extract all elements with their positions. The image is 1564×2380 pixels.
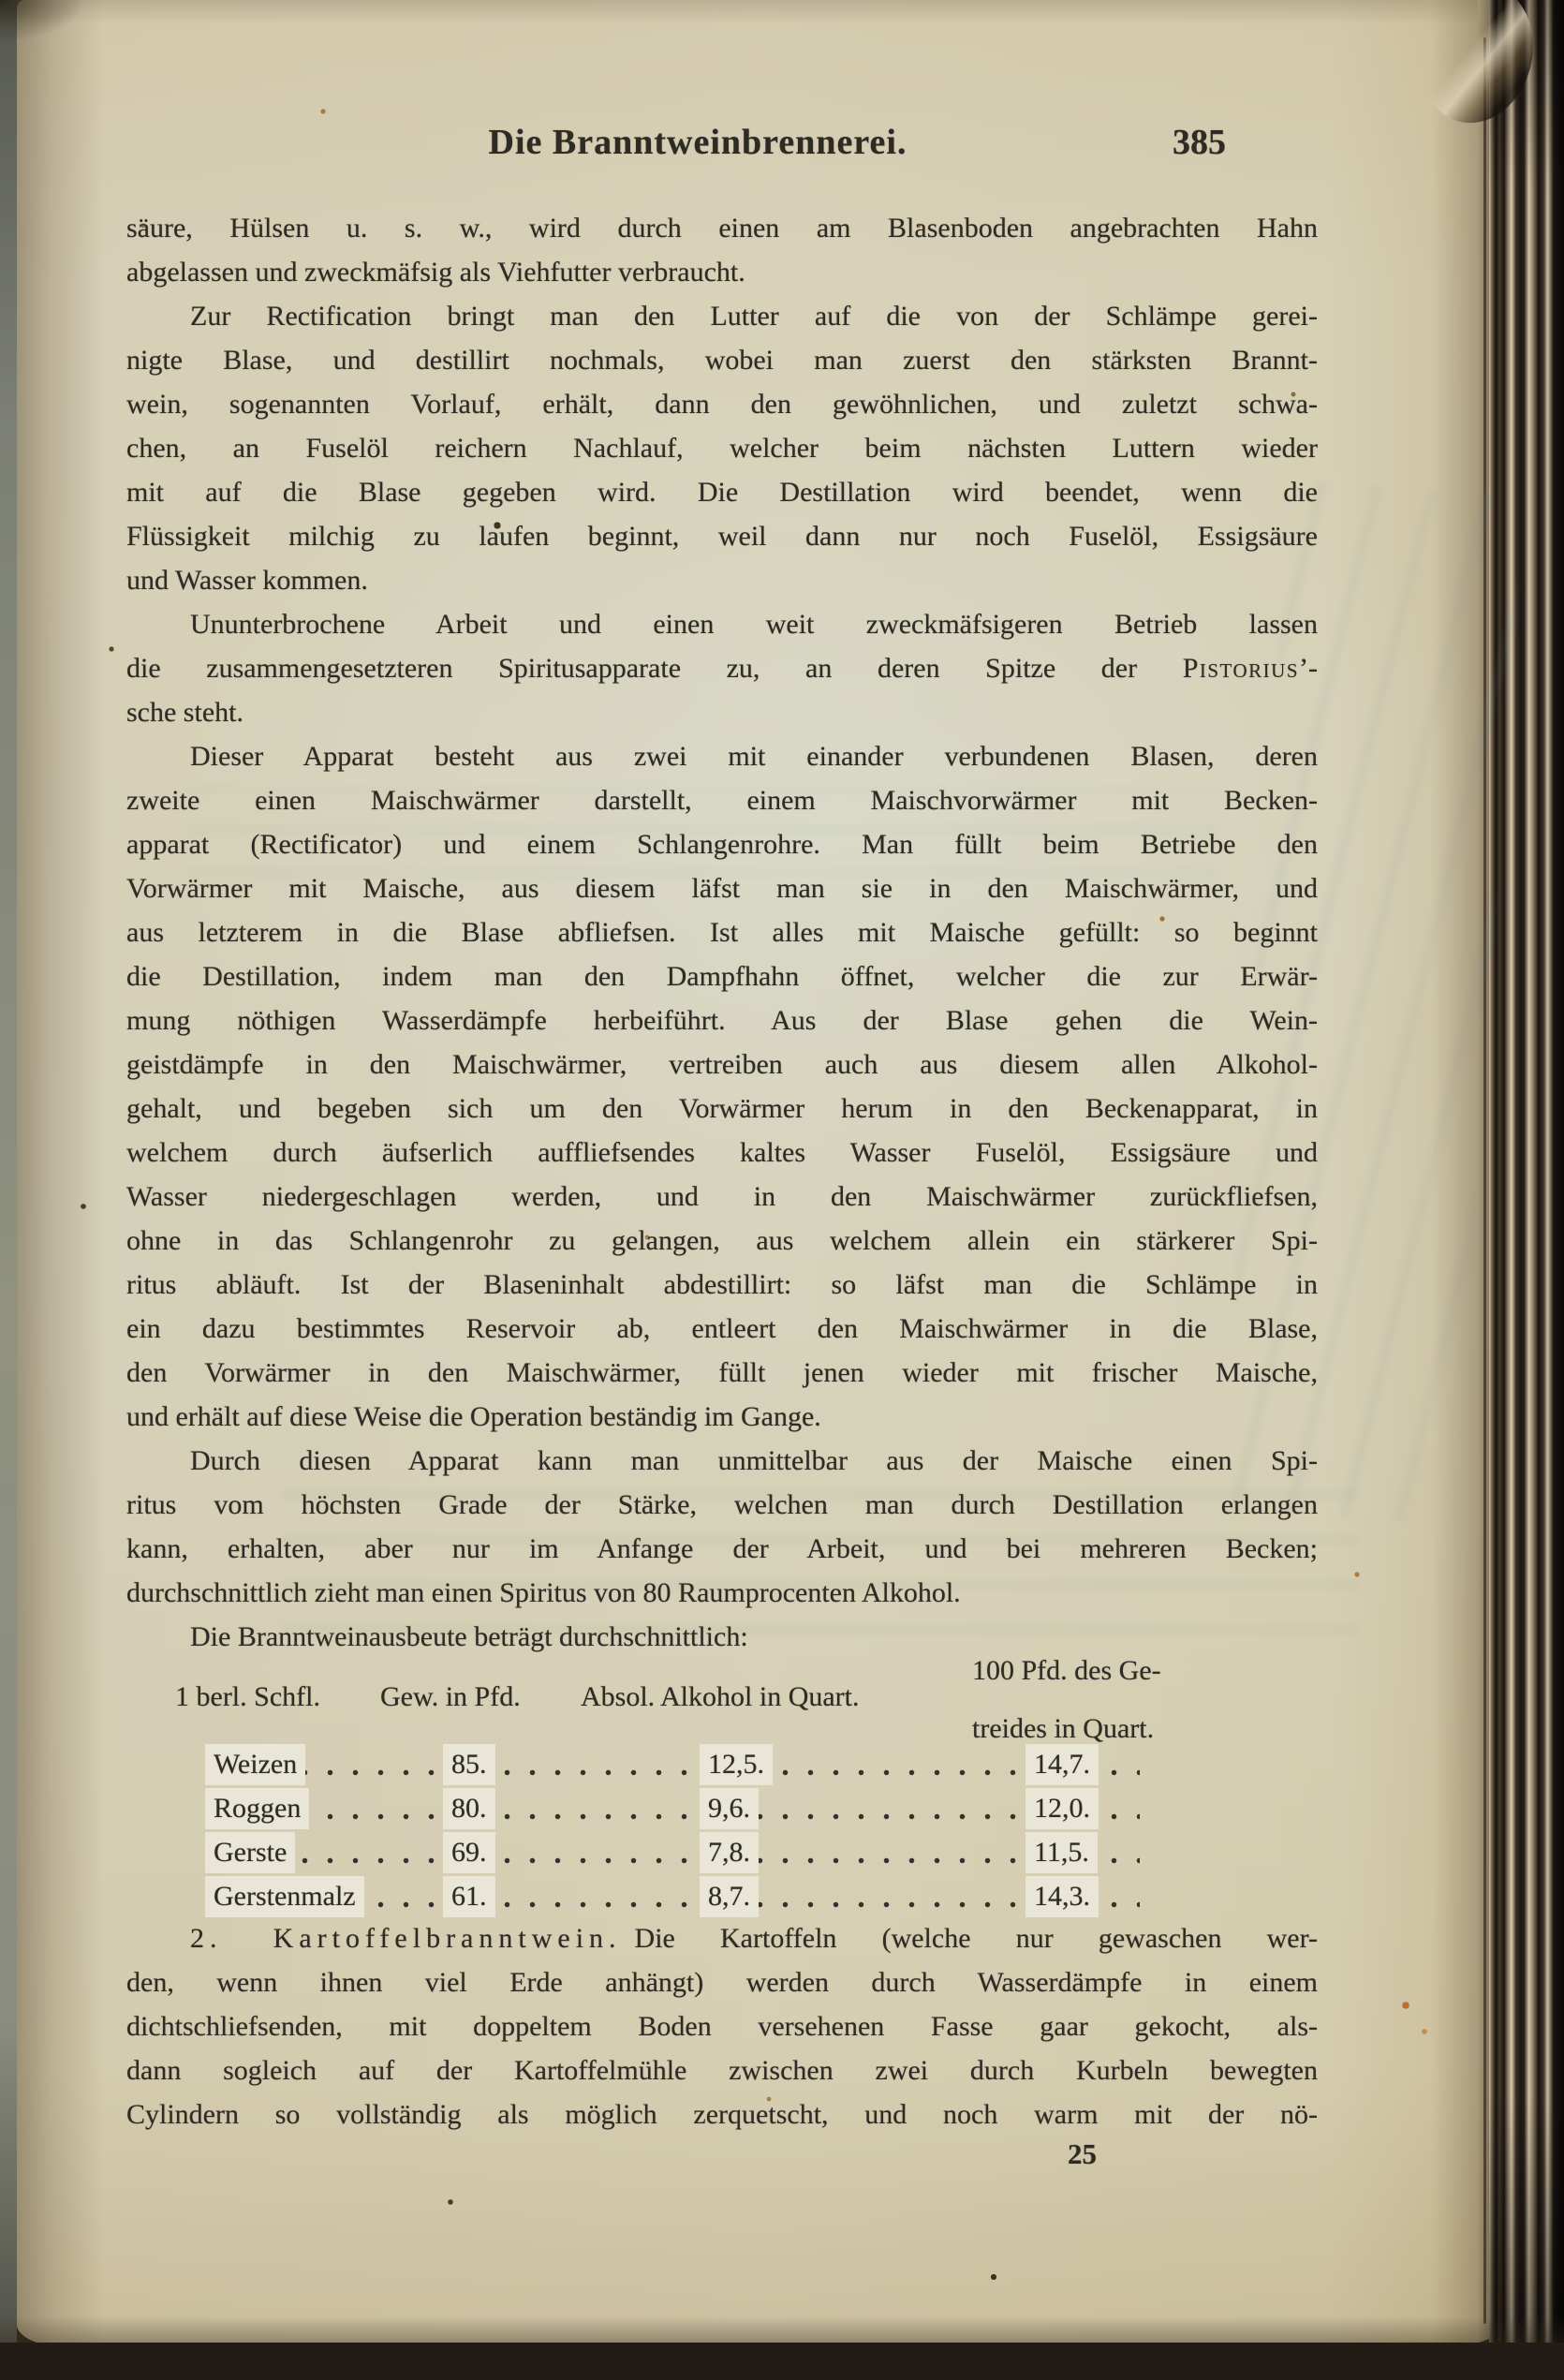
page-edge-line <box>1483 37 1486 2324</box>
text-line: mung nöthigen Wasserdämpfe herbeiführt. … <box>126 998 1318 1042</box>
text-span: die zusammengesetzteren Spiritusapparate… <box>126 653 1183 684</box>
text-line: ritus abläuft. Ist der Blaseninhalt abde… <box>126 1263 1318 1307</box>
section-kartoffelbranntwein: 2. Kartoffelbranntwein.Die Kartoffeln (w… <box>126 1916 1318 2136</box>
weight-value: 80. <box>443 1788 495 1829</box>
text-line: ein dazu bestimmtes Reservoir ab, entlee… <box>126 1307 1318 1351</box>
per-100pfd-value: 14,3. <box>1025 1876 1099 1917</box>
foxing-speckles <box>0 0 2 2</box>
section-heading-lead: 2. Kartoffelbranntwein. <box>190 1923 622 1954</box>
text-line: kann, erhalten, aber nur im Anfange der … <box>126 1527 1318 1571</box>
text-line: den, wenn ihnen viel Erde anhängt) werde… <box>126 1960 1318 2004</box>
text-line: die zusammengesetzteren Spiritusapparate… <box>126 646 1318 690</box>
text-line: Dieser Apparat besteht aus zwei mit eina… <box>126 734 1318 778</box>
text-line: abgelassen und zweckmäfsig als Viehfutte… <box>126 250 1318 294</box>
text-line: apparat (Rectificator) und einem Schlang… <box>126 822 1318 866</box>
signature-mark: 25 <box>1068 2134 1143 2175</box>
table-header-alkohol: Absol. Alkohol in Quart. <box>581 1678 860 1716</box>
text-line: dann sogleich auf der Kartoffelmühle zwi… <box>126 2048 1318 2092</box>
bottom-scan-band <box>0 2343 1564 2380</box>
text-line: Wasser niedergeschlagen werden, und in d… <box>126 1175 1318 1219</box>
table-row: Gerstenmalz61.8,7.14,3. <box>126 1876 1318 1920</box>
text-line: chen, an Fuselöl reichern Nachlauf, welc… <box>126 426 1318 470</box>
table-header-gewicht: Gew. in Pfd. <box>380 1678 521 1716</box>
per-100pfd-value: 12,0. <box>1025 1788 1099 1829</box>
grain-name: Roggen <box>205 1788 309 1829</box>
per-100pfd-value: 14,7. <box>1025 1744 1099 1785</box>
text-line: die Destillation, indem man den Dampfhah… <box>126 954 1318 998</box>
text-line: aus letzterem in die Blase abfliefsen. I… <box>126 910 1318 954</box>
table-header-per-100pfd-line1: 100 Pfd. des Ge- <box>972 1652 1161 1710</box>
text-line: Durch diesen Apparat kann man unmittelba… <box>126 1439 1318 1483</box>
grain-name: Gerste <box>205 1832 295 1873</box>
text-line: 2. Kartoffelbranntwein.Die Kartoffeln (w… <box>126 1916 1318 1960</box>
text-line: nigte Blase, und destillirt nochmals, wo… <box>126 338 1318 382</box>
text-line: säure, Hülsen u. s. w., wird durch einen… <box>126 206 1318 250</box>
small-caps-name: Pistorius <box>1183 653 1299 684</box>
text-line: wein, sogenannten Vorlauf, erhält, dann … <box>126 382 1318 426</box>
text-line: und erhält auf diese Weise die Operation… <box>126 1395 1318 1439</box>
yield-table: 1 berl. Schfl. Gew. in Pfd. Absol. Alkoh… <box>126 1647 1318 1928</box>
table-row: Roggen80.9,6.12,0. <box>126 1788 1318 1832</box>
text-line: Flüssigkeit milchig zu laufen beginnt, w… <box>126 514 1318 558</box>
gutter-shadow <box>17 0 103 2347</box>
table-header-schfl: 1 berl. Schfl. <box>175 1678 320 1716</box>
table-rows: Weizen85.12,5.14,7.Roggen80.9,6.12,0.Ger… <box>126 1744 1318 1920</box>
text-line: Vorwärmer mit Maische, aus diesem läfst … <box>126 866 1318 910</box>
grain-name: Weizen <box>205 1744 305 1785</box>
text-line: welchem durch äufserlich auffliefsendes … <box>126 1131 1318 1175</box>
text-line: den Vorwärmer in den Maischwärmer, füllt… <box>126 1351 1318 1395</box>
page-number: 385 <box>1173 122 1276 165</box>
text-line: sche steht. <box>126 690 1318 734</box>
text-line: Zur Rectification bringt man den Lutter … <box>126 294 1318 338</box>
top-edge-shadow <box>17 0 1478 24</box>
text-span: ’- <box>1299 653 1318 684</box>
body-text: säure, Hülsen u. s. w., wird durch einen… <box>126 206 1318 1659</box>
scanner-edge-strip <box>0 0 17 2380</box>
text-line: zweite einen Maischwärmer darstellt, ein… <box>126 778 1318 822</box>
text-line: dichtschliefsenden, mit doppeltem Boden … <box>126 2004 1318 2048</box>
table-row: Gerste69.7,8.11,5. <box>126 1832 1318 1876</box>
text-line: Ununterbrochene Arbeit und einen weit zw… <box>126 602 1318 646</box>
text-line: gehalt, und begeben sich um den Vorwärme… <box>126 1087 1318 1131</box>
text-line: durchschnittlich zieht man einen Spiritu… <box>126 1571 1318 1615</box>
weight-value: 85. <box>443 1744 495 1785</box>
text-span: Die Kartoffeln (welche nur gewaschen wer… <box>635 1923 1318 1954</box>
weight-value: 61. <box>443 1876 495 1917</box>
running-title: Die Branntweinbrennerei. <box>417 122 979 165</box>
text-line: ritus vom höchsten Grade der Stärke, wel… <box>126 1483 1318 1527</box>
grain-name: Gerstenmalz <box>205 1876 364 1917</box>
text-line: geistdämpfe in den Maischwärmer, vertrei… <box>126 1042 1318 1087</box>
alcohol-value: 7,8. <box>700 1832 759 1873</box>
table-row: Weizen85.12,5.14,7. <box>126 1744 1318 1788</box>
scanned-book-page: Die Branntweinbrennerei. 385 säure, Hüls… <box>0 0 1564 2380</box>
right-inner-shadow <box>1431 0 1489 2352</box>
alcohol-value: 9,6. <box>700 1788 759 1829</box>
alcohol-value: 8,7. <box>700 1876 759 1917</box>
text-line: und Wasser kommen. <box>126 558 1318 602</box>
text-line: ohne in das Schlangenrohr zu gelangen, a… <box>126 1219 1318 1263</box>
per-100pfd-value: 11,5. <box>1025 1832 1098 1873</box>
page-edges-stack <box>1489 0 1564 2380</box>
weight-value: 69. <box>443 1832 495 1873</box>
alcohol-value: 12,5. <box>700 1744 773 1785</box>
text-line: mit auf die Blase gegeben wird. Die Dest… <box>126 470 1318 514</box>
text-line: Cylindern so vollständig als möglich zer… <box>126 2092 1318 2136</box>
